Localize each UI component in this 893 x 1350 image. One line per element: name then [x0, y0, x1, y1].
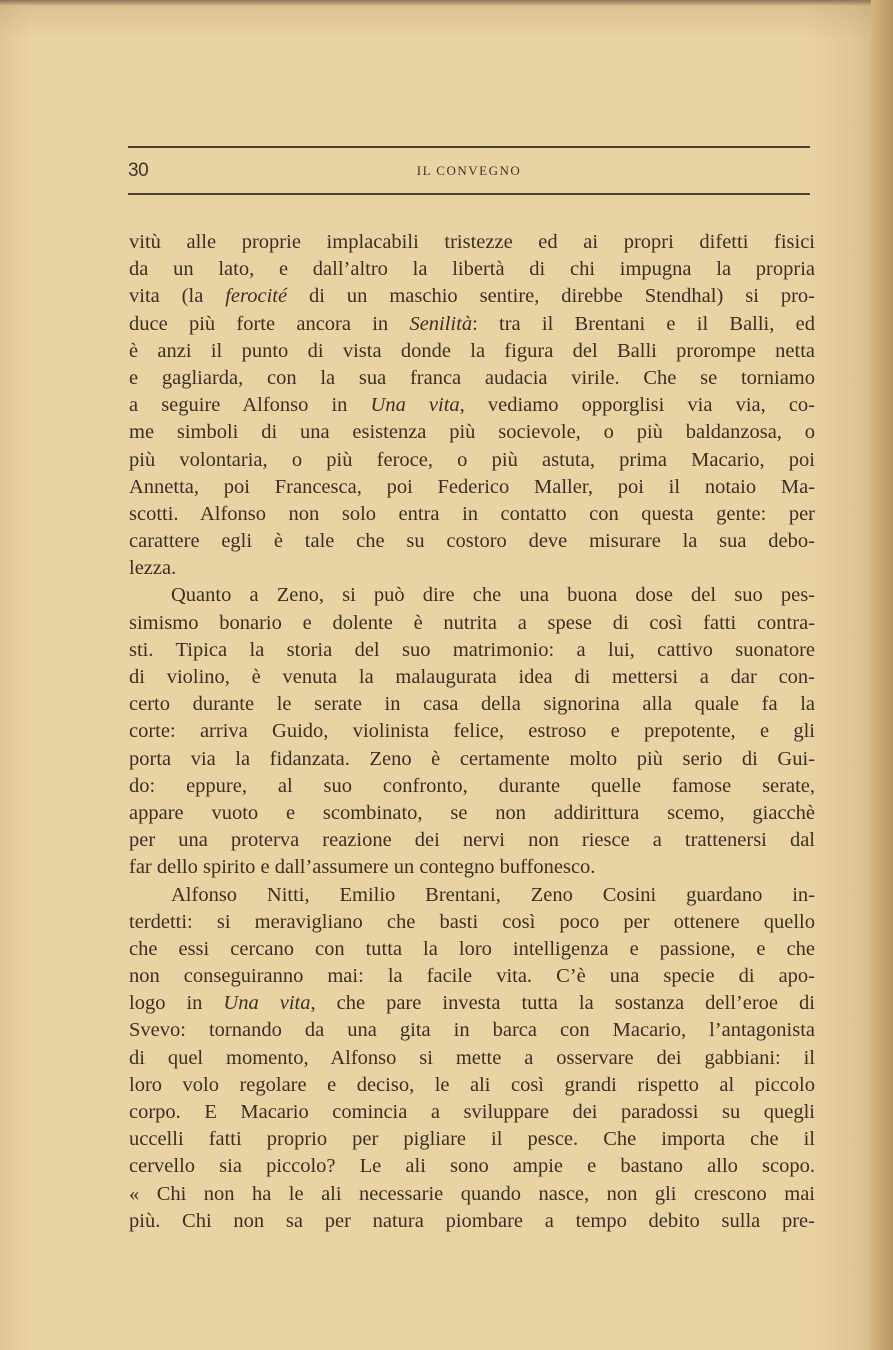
text-line: Alfonso Nitti, Emilio Brentani, Zeno Cos… — [129, 882, 815, 909]
italic-title: Senilità — [409, 313, 472, 335]
text-line: me simboli di una esistenza più socievol… — [129, 419, 815, 446]
text-line: di violino, è venuta la malaugurata idea… — [129, 664, 815, 691]
text-line: da un lato, e dall’altro la libertà di c… — [129, 256, 815, 283]
text-line: vita (la ferocité di un maschio sentire,… — [129, 283, 815, 310]
text-line: lezza. — [129, 555, 815, 582]
text-line: di quel momento, Alfonso si mette a osse… — [129, 1045, 815, 1072]
text-line: corte: arriva Guido, violinista felice, … — [129, 718, 815, 745]
text-line: logo in Una vita, che pare investa tutta… — [129, 990, 815, 1017]
text-line: cervello sia piccolo? Le ali sono ampie … — [129, 1153, 815, 1180]
text-line: è anzi il punto di vista donde la figura… — [129, 338, 815, 365]
text-line: « Chi non ha le ali necessarie quando na… — [129, 1181, 815, 1208]
text-line: più volontaria, o più feroce, o più astu… — [129, 447, 815, 474]
text-line: certo durante le serate in casa della si… — [129, 691, 815, 718]
book-page: 30 IL CONVEGNO vitù alle proprie implaca… — [0, 0, 893, 1350]
text-line: carattere egli è tale che su costoro dev… — [129, 528, 815, 555]
page-right-edge-shadow — [871, 0, 893, 1350]
text-line: duce più forte ancora in Senilità: tra i… — [129, 311, 815, 338]
text-line: loro volo regolare e deciso, le ali così… — [129, 1072, 815, 1099]
italic-title: ferocité — [225, 285, 287, 307]
italic-title: Una vita — [223, 992, 310, 1014]
text-line: Svevo: tornando da una gita in barca con… — [129, 1017, 815, 1044]
text-line: porta via la fidanzata. Zeno è certament… — [129, 746, 815, 773]
text-line: sti. Tipica la storia del suo matrimonio… — [129, 637, 815, 664]
text-line: Annetta, poi Francesca, poi Federico Mal… — [129, 474, 815, 501]
page-top-edge — [0, 0, 893, 6]
header-rule-top — [128, 146, 810, 148]
text-line: scotti. Alfonso non solo entra in contat… — [129, 501, 815, 528]
text-line: per una proterva reazione dei nervi non … — [129, 827, 815, 854]
header-rule-bottom — [128, 193, 810, 195]
journal-title: IL CONVEGNO — [128, 163, 810, 179]
text-line: non conseguiranno mai: la facile vita. C… — [129, 963, 815, 990]
text-line: più. Chi non sa per natura piombare a te… — [129, 1208, 815, 1235]
text-line: e gagliarda, con la sua franca audacia v… — [129, 365, 815, 392]
text-line: far dello spirito e dall’assumere un con… — [129, 854, 815, 881]
text-line: appare vuoto e scombinato, se non addiri… — [129, 800, 815, 827]
text-line: corpo. E Macario comincia a sviluppare d… — [129, 1099, 815, 1126]
text-line: Quanto a Zeno, si può dire che una buona… — [129, 582, 815, 609]
text-line: do: eppure, al suo confronto, durante qu… — [129, 773, 815, 800]
text-line: simismo bonario e dolente è nutrita a sp… — [129, 610, 815, 637]
text-line: uccelli fatti proprio per pigliare il pe… — [129, 1126, 815, 1153]
text-line: che essi cercano con tutta la loro intel… — [129, 936, 815, 963]
text-line: a seguire Alfonso in Una vita, vediamo o… — [129, 392, 815, 419]
italic-title: Una vita — [371, 394, 460, 416]
running-head: 30 IL CONVEGNO — [128, 160, 810, 184]
body-text: vitù alle proprie implacabili tristezze … — [129, 229, 815, 1235]
text-line: terdetti: si meravigliano che basti così… — [129, 909, 815, 936]
text-line: vitù alle proprie implacabili tristezze … — [129, 229, 815, 256]
